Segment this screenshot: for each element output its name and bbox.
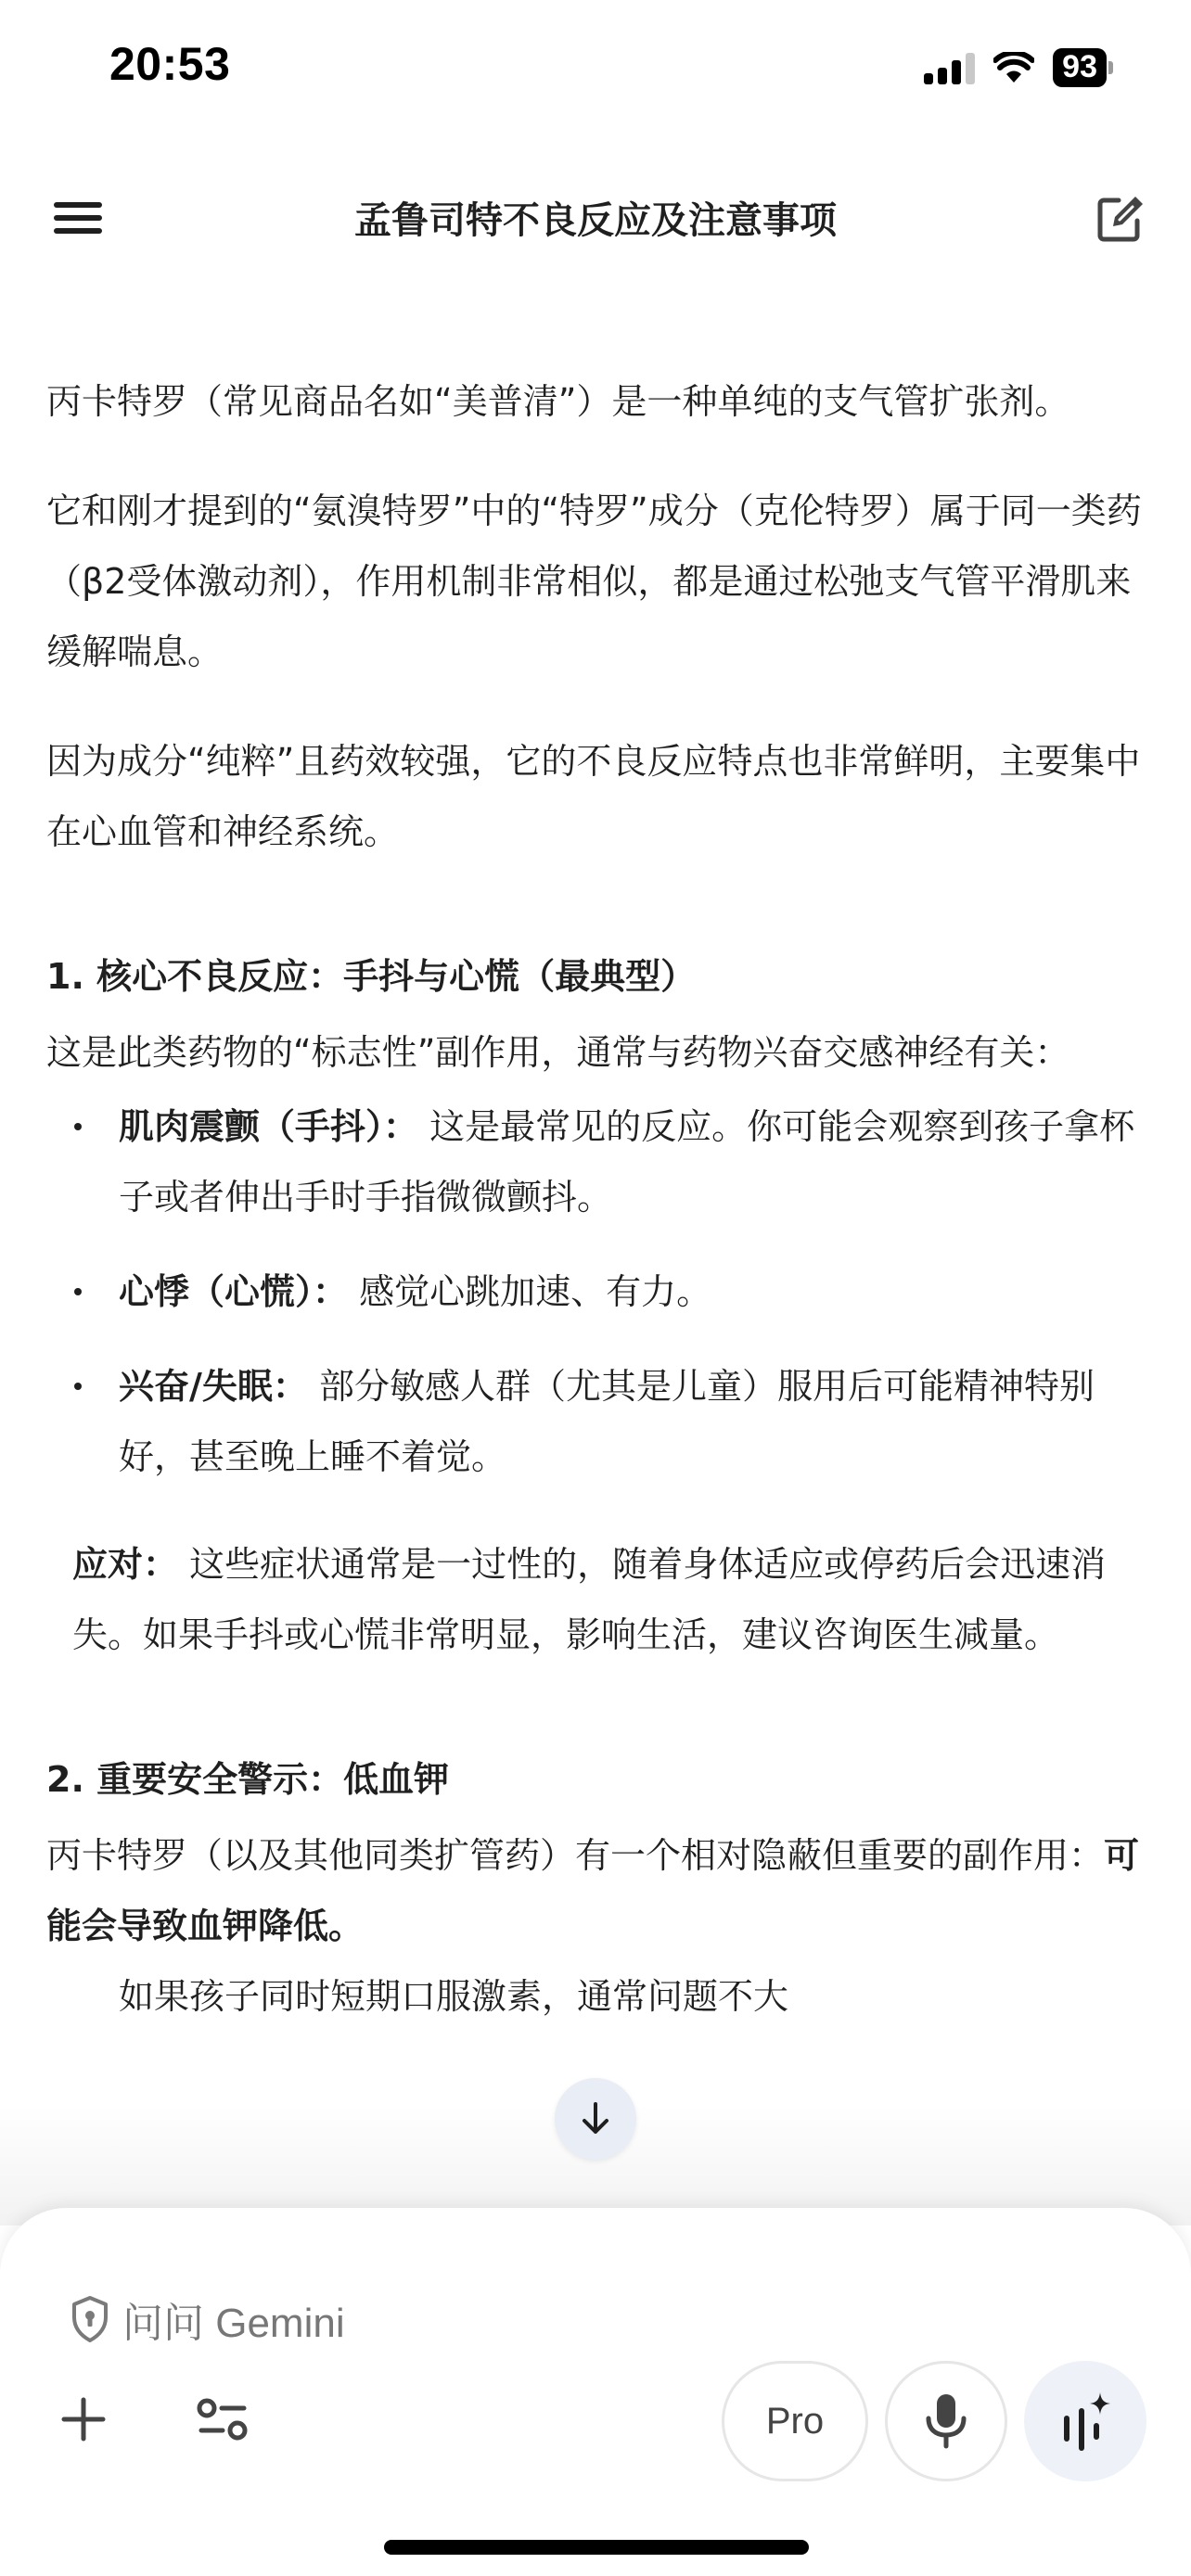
gemini-live-icon	[1059, 2391, 1111, 2452]
list-item: 肌肉震颤（手抖）： 这是最常见的反应。你可能会观察到孩子拿杯子或者伸出手时手指微…	[46, 1091, 1145, 1232]
status-icons: 93	[924, 48, 1113, 87]
paragraph: 它和刚才提到的“氨溴特罗”中的“特罗”成分（克伦特罗）属于同一类药（β2受体激动…	[46, 476, 1145, 687]
battery-level: 93	[1053, 48, 1107, 87]
plus-icon	[60, 2396, 107, 2442]
note-label: 应对：	[72, 1544, 178, 1585]
section-heading: 2. 重要安全警示：低血钾	[46, 1744, 1145, 1815]
response-content: 丙卡特罗（常见商品名如“美普清”）是一种单纯的支气管扩张剂。 它和刚才提到的“氨…	[46, 366, 1145, 2032]
microphone-icon	[925, 2392, 967, 2450]
coping-note: 应对： 这些症状通常是一过性的，随着身体适应或停药后会迅速消失。如果手抖或心慌非…	[46, 1529, 1145, 1670]
arrow-down-icon	[579, 2100, 612, 2137]
wifi-icon	[993, 52, 1034, 83]
battery-icon: 93	[1053, 48, 1113, 87]
shield-lock-icon	[70, 2295, 109, 2343]
tune-settings-icon	[196, 2396, 250, 2442]
top-app-bar: 孟鲁司特不良反应及注意事项	[0, 167, 1191, 269]
gemini-live-button[interactable]	[1024, 2361, 1146, 2481]
status-time: 20:53	[109, 37, 230, 91]
bullet-dot-icon	[74, 1383, 82, 1390]
section-text: 丙卡特罗（以及其他同类扩管药）有一个相对隐蔽但重要的副作用：可能会导致血钾降低。	[46, 1820, 1145, 1961]
add-attachment-button[interactable]	[48, 2384, 119, 2455]
truncated-line: 如果孩子同时短期口服激素，通常问题不大	[46, 1961, 1145, 2032]
status-bar: 20:53 93	[0, 0, 1191, 130]
list-item-label: 兴奋/失眠：	[119, 1366, 308, 1407]
list-item: 心悸（心慌）： 感觉心跳加速、有力。	[46, 1256, 1145, 1327]
list-item-label: 心悸（心慌）：	[119, 1271, 348, 1312]
paragraph: 因为成分“纯粹”且药效较强，它的不良反应特点也非常鲜明，主要集中在心血管和神经系…	[46, 726, 1145, 867]
paragraph: 丙卡特罗（常见商品名如“美普清”）是一种单纯的支气管扩张剂。	[46, 366, 1145, 437]
microphone-button[interactable]	[885, 2361, 1007, 2481]
edit-compose-icon[interactable]	[1095, 193, 1146, 245]
section-heading: 1. 核心不良反应：手抖与心慌（最典型）	[46, 941, 1145, 1012]
list-item: 兴奋/失眠： 部分敏感人群（尤其是儿童）服用后可能精神特别好，甚至晚上睡不着觉。	[46, 1351, 1145, 1492]
cellular-signal-icon	[924, 51, 975, 84]
hamburger-menu-icon[interactable]	[52, 195, 104, 241]
tools-button[interactable]	[187, 2384, 258, 2455]
conversation-title: 孟鲁司特不良反应及注意事项	[186, 191, 1005, 244]
model-selector-button[interactable]: Pro	[722, 2361, 868, 2481]
bullet-dot-icon	[74, 1123, 82, 1130]
prompt-input[interactable]: 问问 Gemini	[70, 2289, 345, 2349]
scroll-to-bottom-button[interactable]	[555, 2078, 636, 2160]
home-indicator[interactable]	[384, 2540, 809, 2555]
prompt-placeholder: 问问 Gemini	[122, 2289, 345, 2349]
note-text: 这些症状通常是一过性的，随着身体适应或停药后会迅速消失。如果手抖或心慌非常明显，…	[72, 1544, 1106, 1655]
list-item-label: 肌肉震颤（手抖）：	[119, 1106, 418, 1147]
section-intro: 这是此类药物的“标志性”副作用，通常与药物兴奋交感神经有关：	[46, 1017, 1145, 1088]
list-item-text: 感觉心跳加速、有力。	[348, 1271, 711, 1312]
composer-panel: 问问 Gemini Pro	[0, 2208, 1191, 2576]
section-text-plain: 丙卡特罗（以及其他同类扩管药）有一个相对隐蔽但重要的副作用：	[46, 1835, 1104, 1876]
side-effects-list: 肌肉震颤（手抖）： 这是最常见的反应。你可能会观察到孩子拿杯子或者伸出手时手指微…	[46, 1091, 1145, 1492]
bullet-dot-icon	[74, 1288, 82, 1295]
